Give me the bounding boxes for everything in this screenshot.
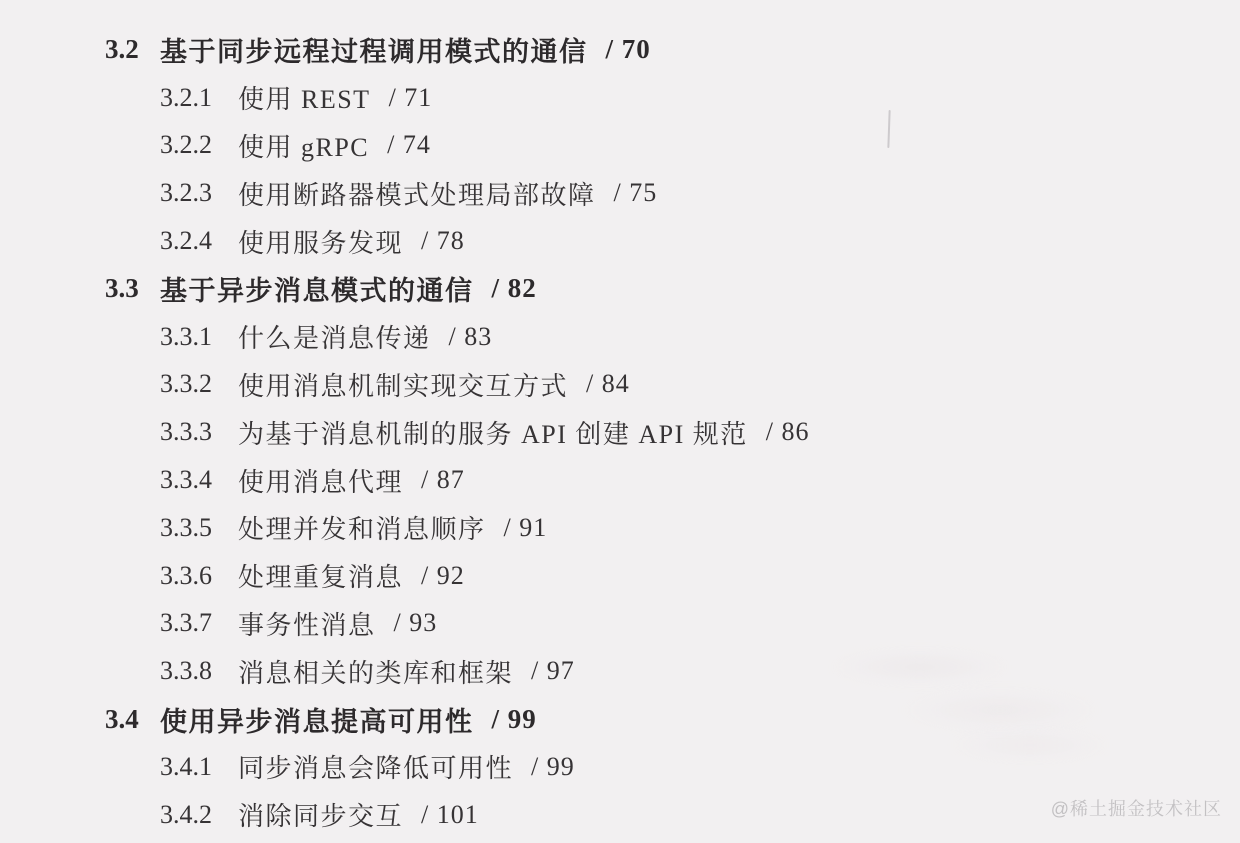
toc-entry: 3.3.8 消息相关的类库和框架 / 97 <box>0 647 1240 695</box>
toc-entry-title: 使用异步消息提高可用性 <box>160 700 474 739</box>
scan-smudge <box>830 650 1010 684</box>
toc-entry: 3.2.3 使用断路器模式处理局部故障 / 75 <box>0 169 1240 217</box>
toc-entry-number: 3.2.1 <box>160 83 238 113</box>
toc-entry: 3.3 基于异步消息模式的通信 / 82 <box>0 265 1240 313</box>
juejin-watermark: @稀土掘金技术社区 <box>1051 795 1222 821</box>
toc-entry: 3.3.1 什么是消息传递 / 83 <box>0 313 1240 361</box>
toc-entry-page: / 75 <box>614 178 658 208</box>
toc-entry-page: / 91 <box>504 513 548 543</box>
toc-entry-number: 3.4.2 <box>160 800 238 830</box>
toc-entry-page: / 86 <box>766 417 810 447</box>
toc-entry-page: / 84 <box>586 369 630 399</box>
toc-entry-title: 消息相关的类库和框架 <box>238 653 513 690</box>
toc-entry-page: / 71 <box>389 83 433 113</box>
toc-entry: 3.3.5 处理并发和消息顺序 / 91 <box>0 504 1240 552</box>
toc-entry-number: 3.3.5 <box>160 513 238 543</box>
toc-entry-title: 消除同步交互 <box>238 796 403 833</box>
toc-entry-page: / 74 <box>387 130 431 160</box>
toc-entry-title: 使用 gRPC <box>238 127 369 164</box>
toc-entry: 3.3.7 事务性消息 / 93 <box>0 600 1240 648</box>
toc-entry-title: 为基于消息机制的服务 API 创建 API 规范 <box>238 414 748 451</box>
toc-entry-number: 3.2.3 <box>160 178 238 208</box>
toc-entry-page: / 82 <box>492 273 537 304</box>
toc-entry-title: 同步消息会降低可用性 <box>238 748 513 785</box>
toc-entry-page: / 99 <box>492 704 537 735</box>
toc-entry-number: 3.2.4 <box>160 226 238 256</box>
toc-entry-title: 使用消息机制实现交互方式 <box>238 366 568 403</box>
toc-entry-title: 处理重复消息 <box>238 557 403 594</box>
toc-entry-number: 3.3.2 <box>160 369 238 399</box>
toc-entry-number: 3.3.3 <box>160 417 238 447</box>
toc-entry-title: 使用断路器模式处理局部故障 <box>238 175 596 212</box>
toc-entry-page: / 93 <box>394 608 438 638</box>
toc-entry-page: / 92 <box>421 561 465 591</box>
toc-entry-title: 基于异步消息模式的通信 <box>160 269 474 308</box>
toc-entry-page: / 97 <box>531 656 575 686</box>
toc-entry-number: 3.3.4 <box>160 465 238 495</box>
toc-entry-number: 3.3 <box>105 273 160 304</box>
scan-smudge <box>950 730 1110 760</box>
toc-entry-page: / 83 <box>449 322 493 352</box>
scan-smudge <box>900 690 1100 730</box>
toc-entry-title: 使用消息代理 <box>238 462 403 499</box>
toc-entry-number: 3.3.1 <box>160 322 238 352</box>
toc-entry-page: / 99 <box>531 752 575 782</box>
toc-entry-title: 使用 REST <box>238 79 371 116</box>
toc-entry: 3.3.6 处理重复消息 / 92 <box>0 552 1240 600</box>
toc-entry-number: 3.2.2 <box>160 130 238 160</box>
toc-entry: 3.2.1 使用 REST / 71 <box>0 74 1240 122</box>
toc-entry: 3.2 基于同步远程过程调用模式的通信 / 70 <box>0 26 1240 74</box>
toc-entry-title: 事务性消息 <box>238 605 376 642</box>
toc-entry-title: 处理并发和消息顺序 <box>238 509 486 546</box>
toc-entry-number: 3.3.8 <box>160 656 238 686</box>
toc-entry-number: 3.3.7 <box>160 608 238 638</box>
toc-entry: 3.3.2 使用消息机制实现交互方式 / 84 <box>0 361 1240 409</box>
toc-entry: 3.3.4 使用消息代理 / 87 <box>0 456 1240 504</box>
toc-entry-page: / 70 <box>606 34 651 65</box>
toc-entry-title: 什么是消息传递 <box>238 318 431 355</box>
toc-entry: 3.2.2 使用 gRPC / 74 <box>0 122 1240 170</box>
toc-entry-page: / 101 <box>421 800 479 830</box>
toc-entry: 3.2.4 使用服务发现 / 78 <box>0 217 1240 265</box>
toc-entry-page: / 87 <box>421 465 465 495</box>
toc-entry-number: 3.4.1 <box>160 752 238 782</box>
toc-entry-title: 基于同步远程过程调用模式的通信 <box>160 30 588 69</box>
toc-entry-page: / 78 <box>421 226 465 256</box>
toc-entry-number: 3.4 <box>105 704 160 735</box>
toc-entry-number: 3.2 <box>105 34 160 65</box>
toc-entry: 3.3.3 为基于消息机制的服务 API 创建 API 规范 / 86 <box>0 408 1240 456</box>
toc-entry-title: 使用服务发现 <box>238 223 403 260</box>
scanned-toc-page: 3.2 基于同步远程过程调用模式的通信 / 70 3.2.1 使用 REST /… <box>0 0 1240 843</box>
toc-entry-number: 3.3.6 <box>160 561 238 591</box>
